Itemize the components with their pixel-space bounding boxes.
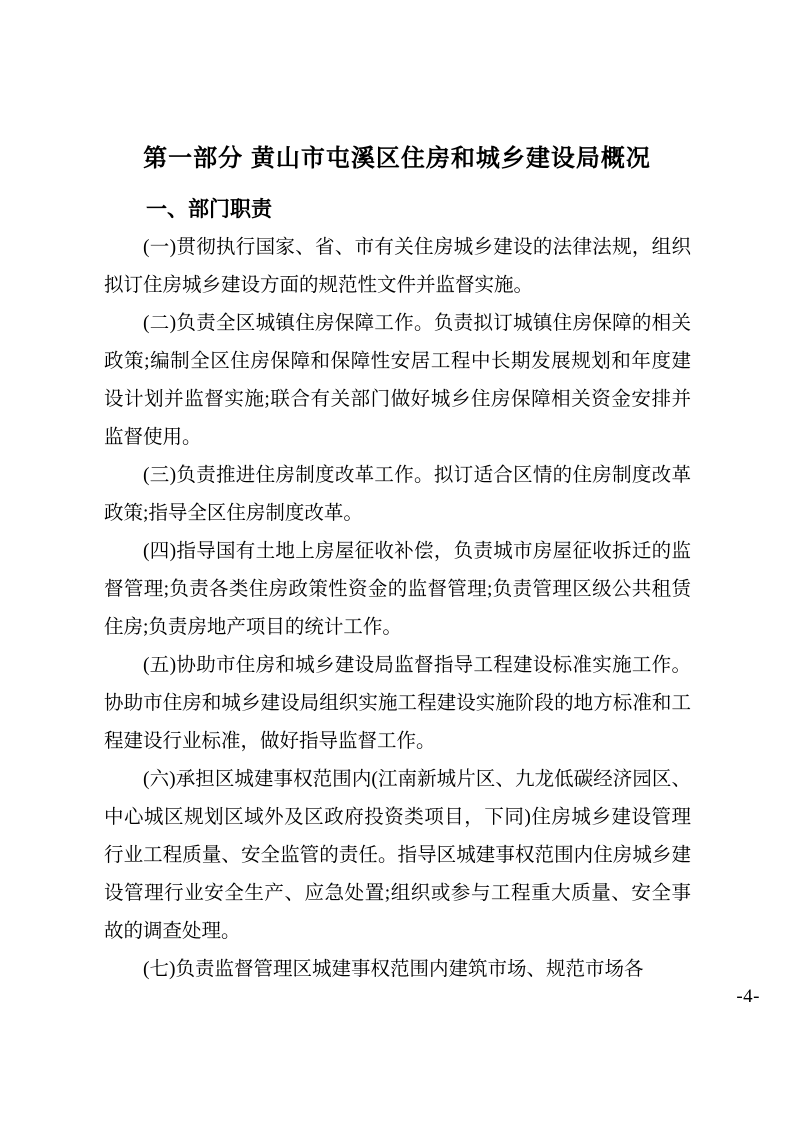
paragraph-duty-6: (六)承担区城建事权范围内(江南新城片区、九龙低碳经济园区、中心城区规划区域外及…: [104, 761, 691, 951]
paragraph-duty-5: (五)协助市住房和城乡建设局监督指导工程建设标准实施工作。协助市住房和城乡建设局…: [104, 647, 691, 761]
paragraph-duty-7: (七)负责监督管理区城建事权范围内建筑市场、规范市场各: [104, 951, 691, 989]
paragraph-duty-1: (一)贯彻执行国家、省、市有关住房城乡建设的法律法规，组织拟订住房城乡建设方面的…: [104, 229, 691, 305]
document-page: 第一部分 黄山市屯溪区住房和城乡建设局概况 一、部门职责 (一)贯彻执行国家、省…: [0, 0, 793, 1122]
paragraph-duty-3: (三)负责推进住房制度改革工作。拟订适合区情的住房制度改革政策;指导全区住房制度…: [104, 457, 691, 533]
document-title: 第一部分 黄山市屯溪区住房和城乡建设局概况: [103, 141, 691, 177]
document-body: 一、部门职责 (一)贯彻执行国家、省、市有关住房城乡建设的法律法规，组织拟订住房…: [104, 191, 691, 989]
section-heading: 一、部门职责: [104, 191, 691, 229]
paragraph-duty-2: (二)负责全区城镇住房保障工作。负责拟订城镇住房保障的相关政策;编制全区住房保障…: [104, 305, 691, 457]
paragraph-duty-4: (四)指导国有土地上房屋征收补偿，负责城市房屋征收拆迁的监督管理;负责各类住房政…: [104, 533, 691, 647]
page-number: -4-: [736, 984, 760, 1010]
